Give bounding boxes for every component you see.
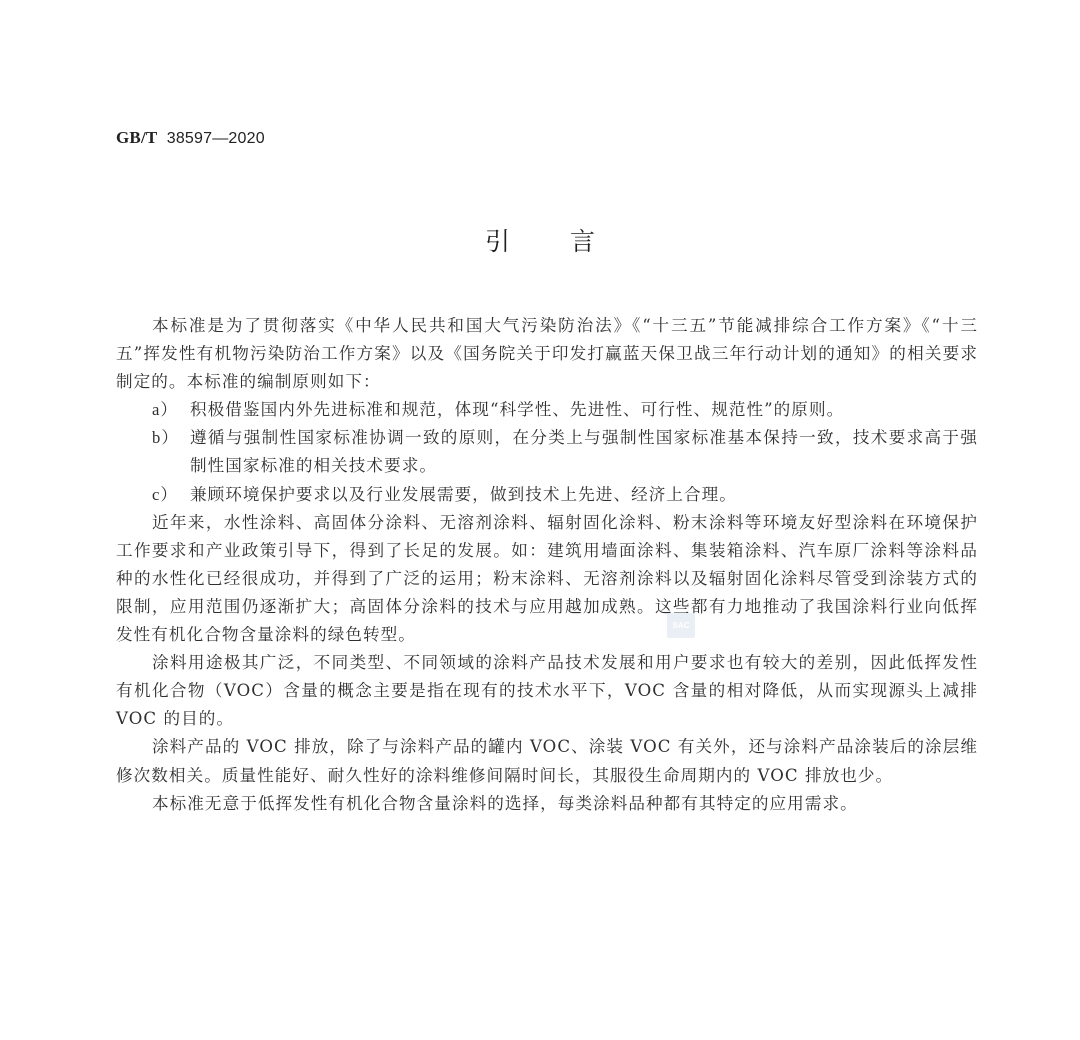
list-marker: a） xyxy=(152,396,190,424)
list-item-text: 遵循与强制性国家标准协调一致的原则，在分类上与强制性国家标准基本保持一致，技术要… xyxy=(190,424,978,480)
standard-prefix: GB/T xyxy=(116,128,157,147)
list-item-text: 兼顾环境保护要求以及行业发展需要，做到技术上先进、经济上合理。 xyxy=(190,481,978,509)
paragraph-voc-emission: 涂料产品的 VOC 排放，除了与涂料产品的罐内 VOC、涂装 VOC 有关外，还… xyxy=(116,733,978,789)
standard-number: 38597—2020 xyxy=(167,130,265,147)
intro-paragraph: 本标准是为了贯彻落实《中华人民共和国大气污染防治法》《“十三五”节能减排综合工作… xyxy=(116,312,978,396)
list-marker: b） xyxy=(152,424,190,480)
principle-item-a: a） 积极借鉴国内外先进标准和规范，体现“科学性、先进性、可行性、规范性”的原则… xyxy=(116,396,978,424)
principle-item-c: c） 兼顾环境保护要求以及行业发展需要，做到技术上先进、经济上合理。 xyxy=(116,481,978,509)
list-marker: c） xyxy=(152,481,190,509)
paragraph-disclaimer: 本标准无意于低挥发性有机化合物含量涂料的选择，每类涂料品种都有其特定的应用需求。 xyxy=(116,790,978,818)
page-title: 引言 xyxy=(0,222,1080,258)
paragraph-voc-concept: 涂料用途极其广泛，不同类型、不同领域的涂料产品技术发展和用户要求也有较大的差别，… xyxy=(116,649,978,733)
document-body: 本标准是为了贯彻落实《中华人民共和国大气污染防治法》《“十三五”节能减排综合工作… xyxy=(116,312,978,818)
sac-watermark-logo: SAC xyxy=(667,613,695,638)
list-item-text: 积极借鉴国内外先进标准和规范，体现“科学性、先进性、可行性、规范性”的原则。 xyxy=(190,396,978,424)
paragraph-development: 近年来，水性涂料、高固体分涂料、无溶剂涂料、辐射固化涂料、粉末涂料等环境友好型涂… xyxy=(116,509,978,649)
principle-item-b: b） 遵循与强制性国家标准协调一致的原则，在分类上与强制性国家标准基本保持一致，… xyxy=(116,424,978,480)
standard-code: GB/T 38597—2020 xyxy=(116,128,265,148)
